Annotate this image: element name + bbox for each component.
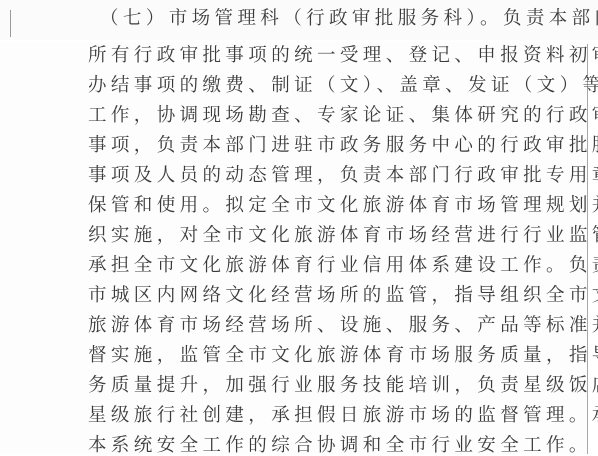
paragraph-line-9: 市城区内网络文化经营场所的监管，指导组织全市文化 bbox=[88, 284, 598, 308]
paragraph-line-8: 承担全市文化旅游体育行业信用体系建设工作。负责对 bbox=[88, 254, 598, 278]
paragraph-line-1: 所有行政审批事项的统一受理、登记、申报资料初审及 bbox=[88, 44, 598, 68]
paragraph-line-13: 星级旅行社创建，承担假日旅游市场的监督管理。承担 bbox=[88, 404, 598, 428]
paragraph-line-5: 事项及人员的动态管理，负责本部门行政审批专用章的 bbox=[88, 164, 598, 188]
left-margin-rule bbox=[10, 10, 11, 37]
paragraph-line-12: 务质量提升，加强行业服务技能培训，负责星级饭店、 bbox=[88, 374, 598, 398]
paragraph-line-14: 本系统安全工作的综合协调和全市行业安全工作。 bbox=[88, 434, 592, 456]
paragraph-line-7: 织实施，对全市文化旅游体育市场经营进行行业监管， bbox=[88, 224, 598, 248]
paragraph-line-10: 旅游体育市场经营场所、设施、服务、产品等标准并监 bbox=[88, 314, 598, 338]
paragraph-line-3: 工作，协调现场勘查、专家论证、集体研究的行政审批 bbox=[88, 104, 598, 128]
section-heading: （七）市场管理科（行政审批服务科）。负责本部门 bbox=[100, 7, 598, 31]
paragraph-line-6: 保管和使用。拟定全市文化旅游体育市场管理规划并组 bbox=[88, 194, 598, 218]
paragraph-line-2: 办结事项的缴费、制证（文）、盖章、发证（文）等服务 bbox=[88, 74, 598, 98]
paragraph-line-4: 事项，负责本部门进驻市政务服务中心的行政审批服务 bbox=[88, 134, 598, 158]
paragraph-line-11: 督实施，监管全市文化旅游体育市场服务质量，指导服 bbox=[88, 344, 598, 368]
